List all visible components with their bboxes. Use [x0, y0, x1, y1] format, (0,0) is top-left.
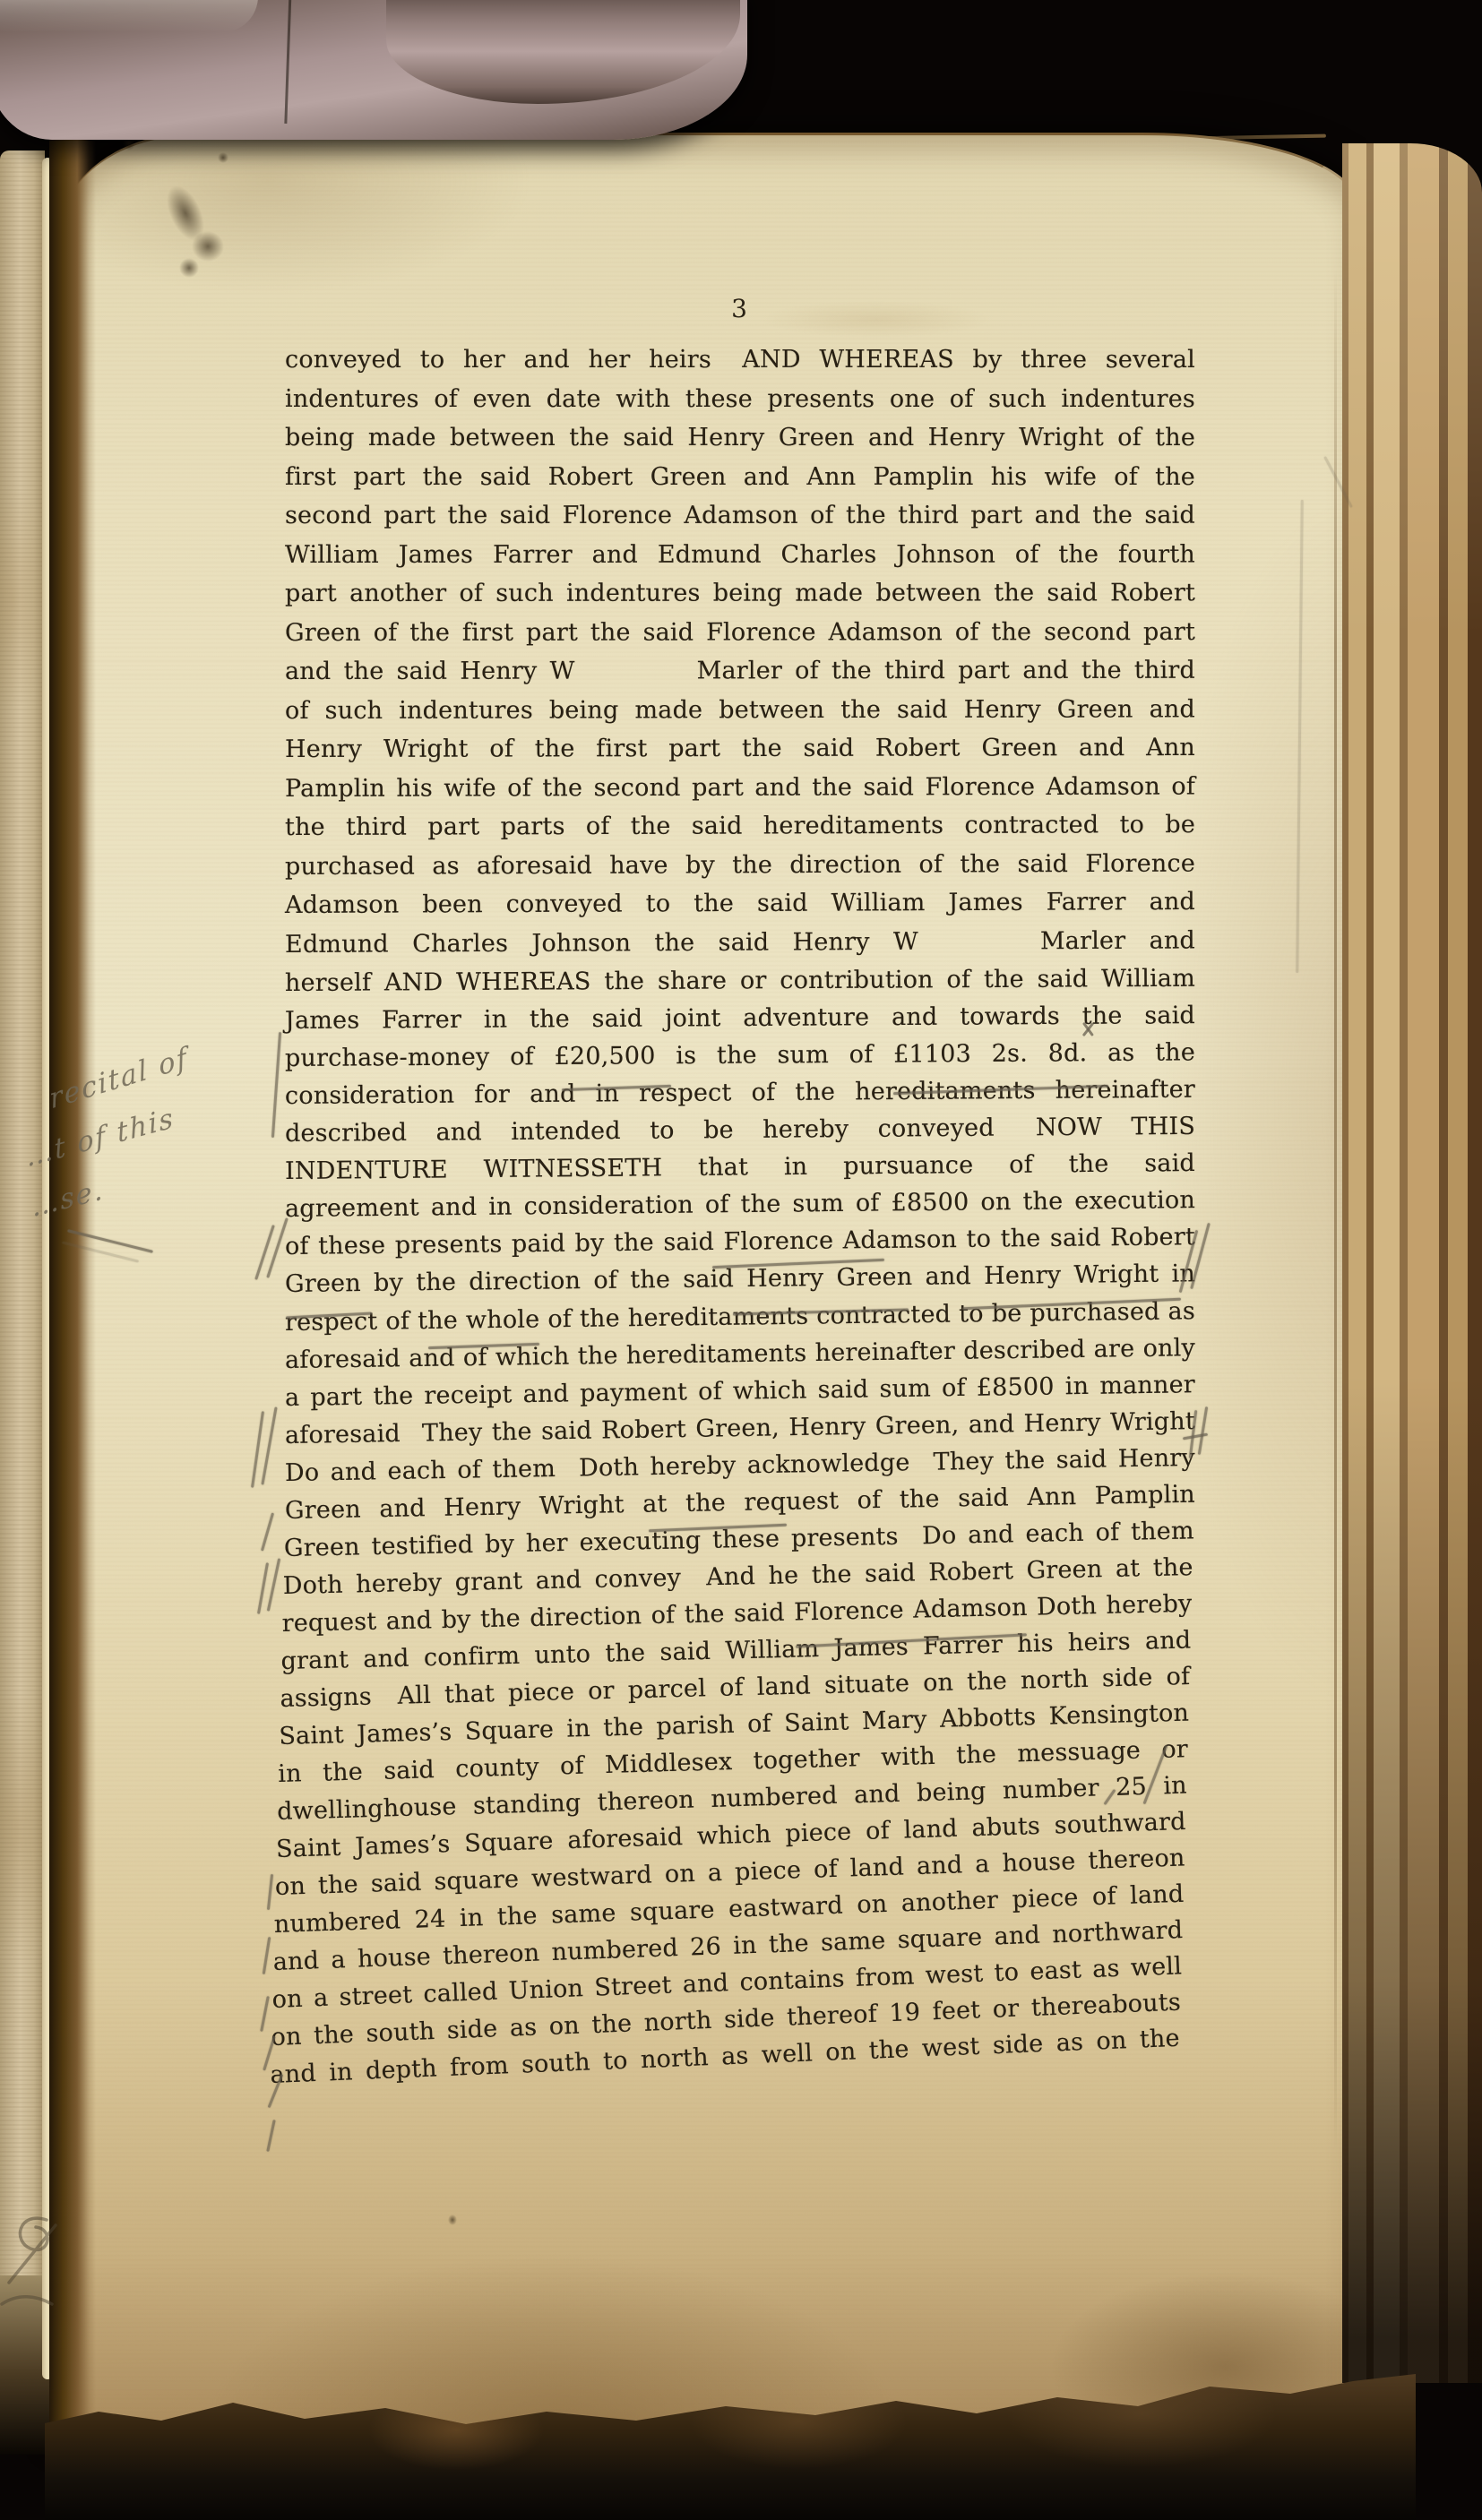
pencil-mark [1183, 1433, 1208, 1441]
book-photo: 2 3 conveyed to her and her heirs AND WH… [0, 0, 1482, 2520]
pencil-mark [1079, 1021, 1095, 1037]
pencil-mark [649, 1524, 787, 1533]
pencil-mark [263, 1937, 271, 1974]
pencil-mark [893, 1085, 1108, 1095]
sheet-highlight [0, 0, 258, 32]
pencil-mark [428, 1343, 539, 1349]
pencil-mark [1179, 1230, 1199, 1293]
pencil-mark [263, 2035, 276, 2070]
sheet-curled-roll [386, 0, 740, 104]
loose-paper-sheet [0, 0, 747, 140]
pencil-mark [254, 1225, 275, 1280]
pencil-mark [962, 1298, 1181, 1311]
pencil-mark [1198, 1406, 1208, 1455]
pencil-mark [712, 1259, 884, 1269]
pencil-mark [796, 1633, 1027, 1647]
pencil-mark [268, 2074, 284, 2108]
pencil-mark [260, 1996, 270, 2032]
pencil-mark [67, 1229, 153, 1253]
pencil-annotations [0, 0, 1482, 2520]
pencil-mark [286, 1312, 372, 1319]
pencil-mark [267, 1558, 280, 1611]
ink-smudge [218, 152, 228, 163]
ink-smudge [448, 2215, 457, 2225]
pencil-mark [1104, 1789, 1116, 1805]
pencil-mark [261, 1406, 277, 1484]
pencil-mark [266, 1217, 288, 1278]
pencil-mark [562, 1085, 671, 1091]
pencil-mark [267, 1874, 273, 1910]
sheet-crease [284, 0, 291, 124]
pencil-mark [261, 1512, 274, 1551]
pencil-mark [266, 2120, 275, 2152]
pencil-mark [1190, 1223, 1211, 1289]
pencil-mark [1143, 1745, 1168, 1804]
pencil-mark [1296, 500, 1304, 973]
ink-smudge [179, 258, 199, 278]
pencil-mark [271, 1032, 281, 1138]
pencil-mark [1323, 456, 1353, 508]
pencil-mark [733, 1308, 909, 1315]
